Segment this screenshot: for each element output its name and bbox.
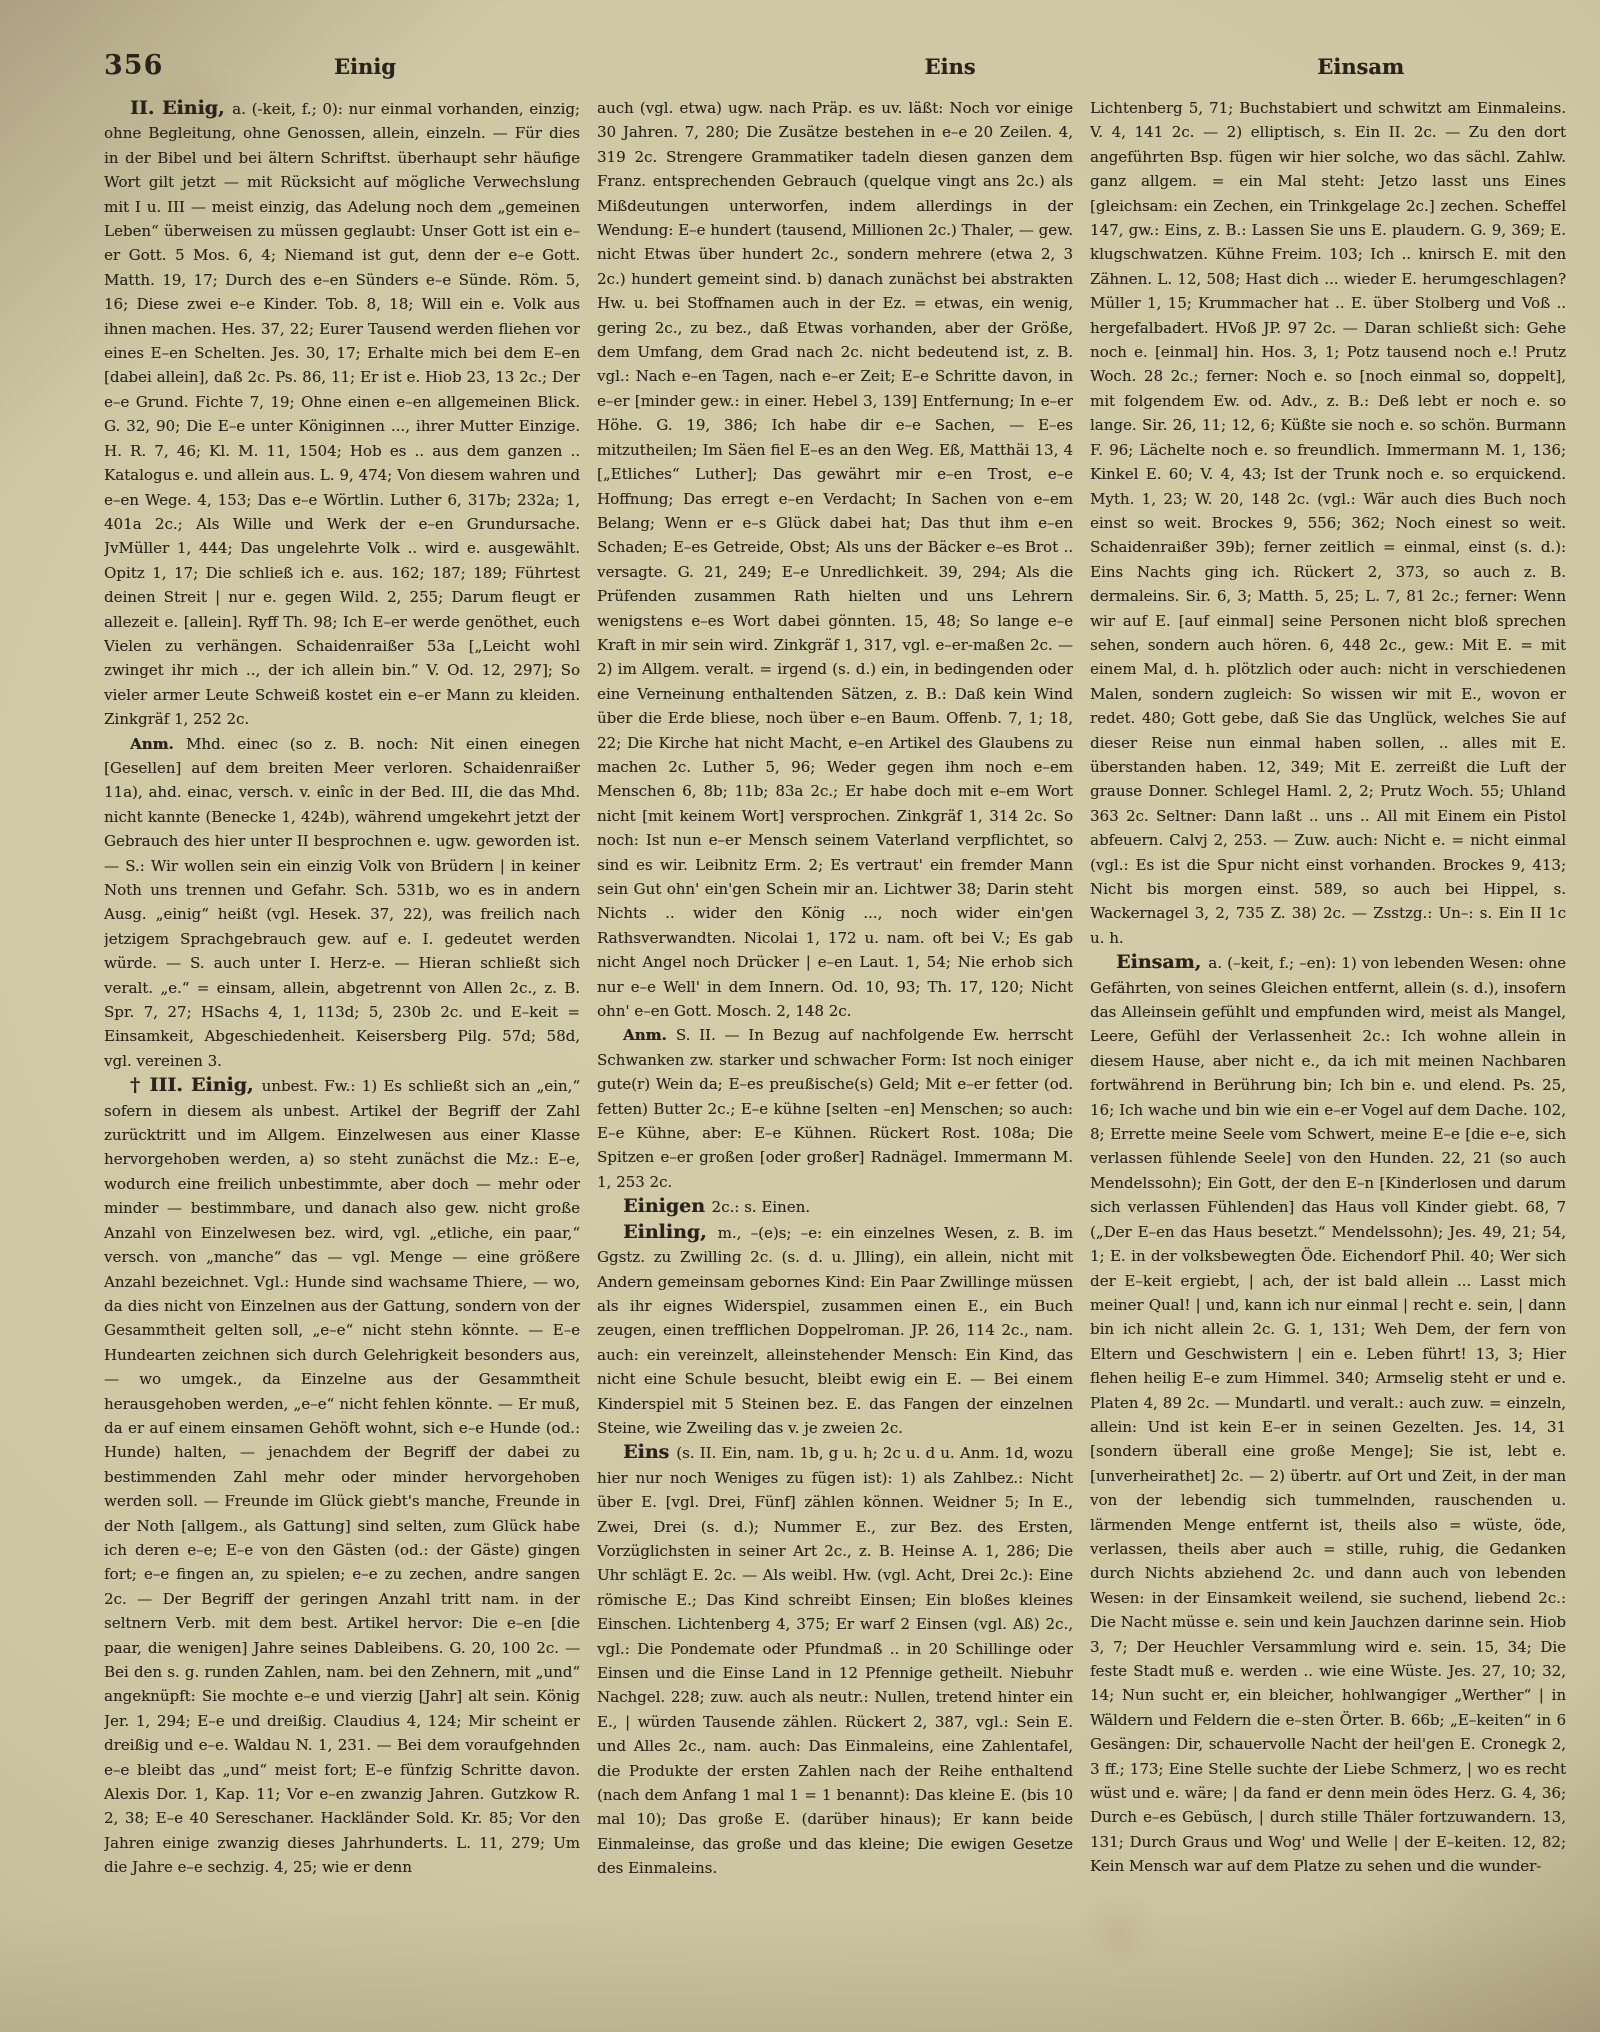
entry-headword: † III. Einig, xyxy=(130,1074,262,1096)
entry-headword: Anm. xyxy=(623,1026,676,1044)
entry-paragraph: Einsam, a. (–keit, f.; –en): 1) von lebe… xyxy=(1090,950,1566,1878)
running-head-einsam: Einsam xyxy=(1155,54,1566,79)
entry-paragraph: Anm. S. II. — In Bezug auf nachfolgende … xyxy=(597,1023,1073,1194)
text-column-3: Lichtenberg 5, 71; Buchstabiert und schw… xyxy=(1090,96,1566,1912)
entry-paragraph: Einigen 2c.: s. Einen. xyxy=(597,1194,1073,1219)
entry-paragraph: Lichtenberg 5, 71; Buchstabiert und schw… xyxy=(1090,96,1566,950)
entry-paragraph: Eins (s. II. Ein, nam. 1b, g u. h; 2c u.… xyxy=(597,1440,1073,1880)
running-head-einig: Einig xyxy=(194,54,745,79)
dictionary-text-area: II. Einig, a. (-keit, f.; 0): nur einmal… xyxy=(104,96,1566,1912)
entry-paragraph: † III. Einig, unbest. Fw.: 1) Es schließ… xyxy=(104,1073,580,1879)
running-head-eins: Eins xyxy=(745,54,1156,79)
entry-paragraph: auch (vgl. etwa) ugw. nach Präp. es uv. … xyxy=(597,96,1073,1023)
entry-headword: Einling, xyxy=(623,1221,718,1243)
entry-paragraph: Einling, m., –(e)s; –e: ein einzelnes We… xyxy=(597,1220,1073,1441)
running-heads: Einig Eins Einsam xyxy=(194,54,1566,79)
text-column-1: II. Einig, a. (-keit, f.; 0): nur einmal… xyxy=(104,96,580,1912)
entry-headword: Anm. xyxy=(130,735,186,753)
text-column-2: auch (vgl. etwa) ugw. nach Präp. es uv. … xyxy=(597,96,1073,1912)
entry-headword: Eins xyxy=(623,1441,676,1463)
entry-paragraph: Anm. Mhd. einec (so z. B. noch: Nit eine… xyxy=(104,732,580,1074)
entry-headword: Einigen xyxy=(623,1195,712,1217)
entry-headword: II. Einig, xyxy=(130,97,232,119)
entry-headword: Einsam, xyxy=(1116,951,1208,973)
entry-paragraph: II. Einig, a. (-keit, f.; 0): nur einmal… xyxy=(104,96,580,732)
page-header: 356 Einig Eins Einsam xyxy=(104,50,1566,81)
page-number: 356 xyxy=(104,50,194,81)
